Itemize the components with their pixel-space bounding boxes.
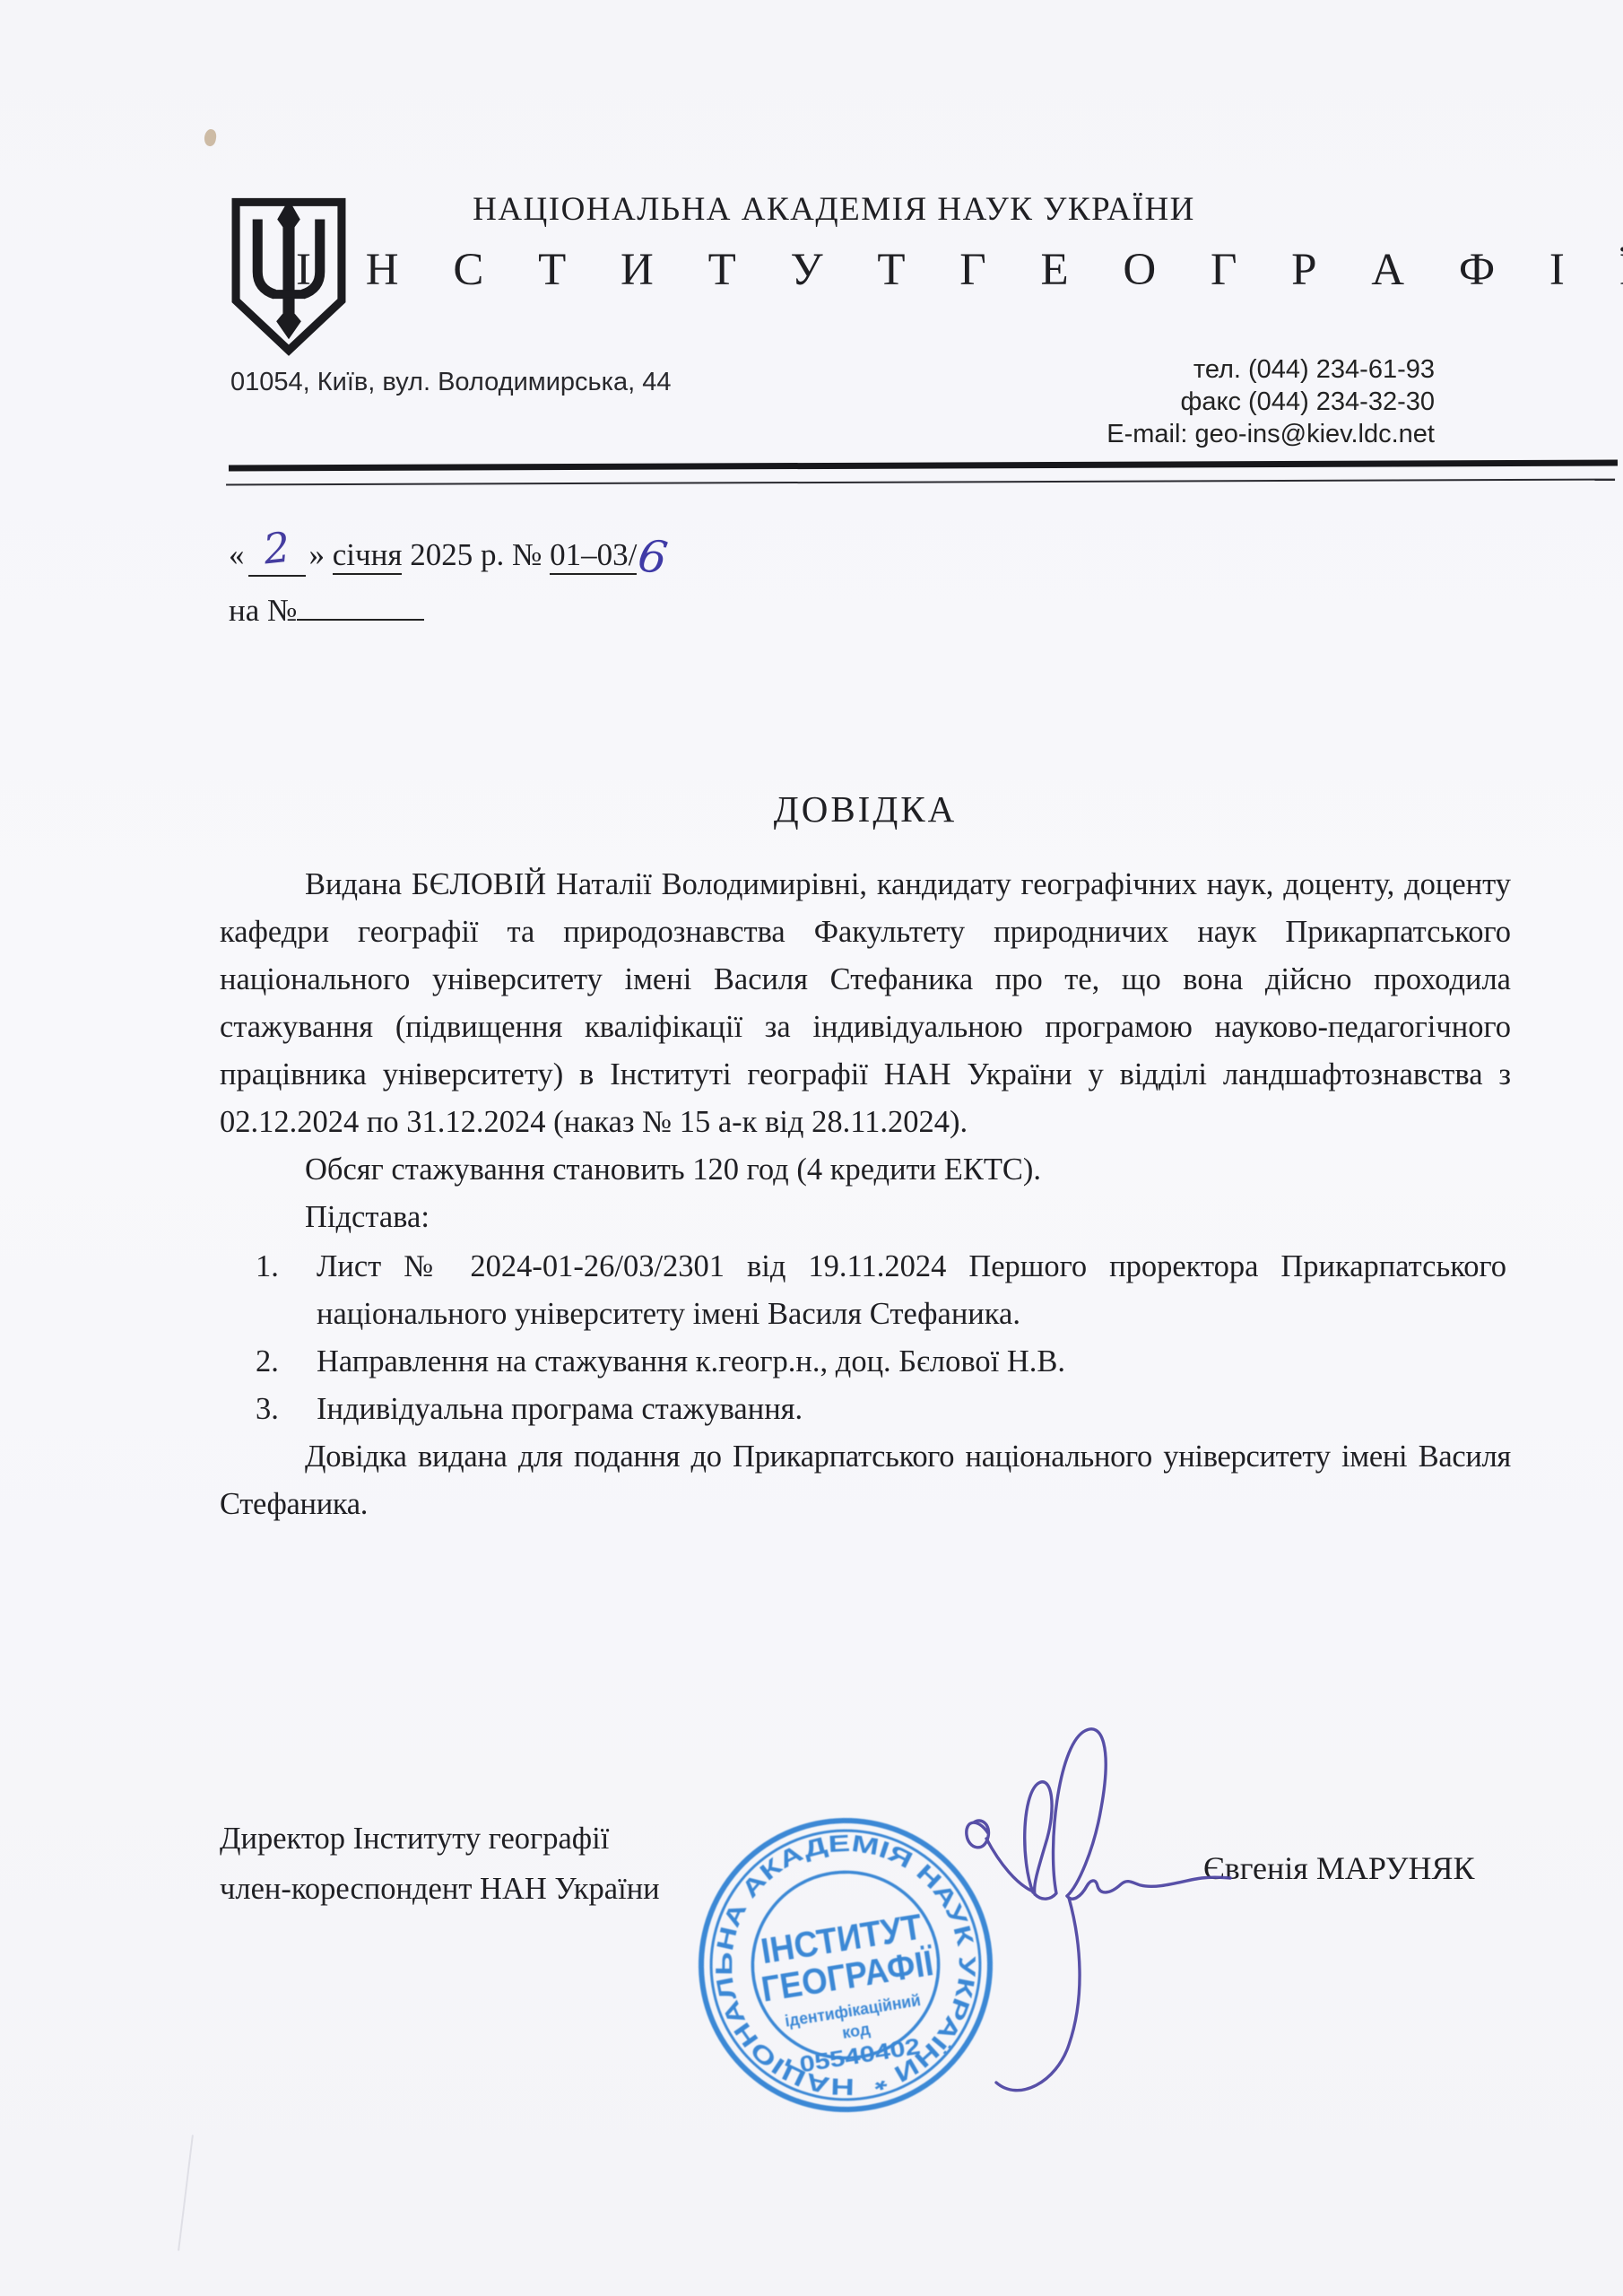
institute-address: 01054, Київ, вул. Володимирська, 44: [230, 368, 672, 397]
document-body: Видана БЄЛОВІЙ Наталії Володимирівні, ка…: [220, 861, 1511, 1528]
header-divider: [0, 0, 1623, 3]
phone-line: тел. (044) 234-61-93: [807, 353, 1435, 386]
reply-to-line: на №: [229, 588, 424, 629]
stamp-line4: код: [841, 2020, 872, 2042]
director-signature-icon: [933, 1702, 1266, 2124]
list-item: 3. Індивідуальна програма стажування.: [256, 1386, 1511, 1433]
institute-name: І Н С Т И Т У Т Г Е О Г Р А Ф І Ї: [296, 244, 1372, 296]
scan-speck: [203, 128, 217, 147]
reference-date-line: «2» січня 2025 р. № 01–03/6: [229, 524, 665, 577]
divider-thin-line: [226, 479, 1615, 486]
list-item: 2. Направлення на стажування к.геогр.н.,…: [256, 1338, 1511, 1386]
list-item-number: 3.: [256, 1386, 317, 1433]
list-item-text: Лист № 2024-01-26/03/2301 від 19.11.2024…: [317, 1243, 1506, 1338]
email-line: E-mail: geo-ins@kiev.ldc.net: [807, 418, 1435, 450]
paragraph-volume: Обсяг стажування становить 120 год (4 кр…: [220, 1146, 1511, 1194]
handwritten-day: 2: [261, 523, 292, 574]
basis-list: 1. Лист № 2024-01-26/03/2301 від 19.11.2…: [220, 1243, 1511, 1433]
scanned-document-page: НАЦІОНАЛЬНА АКАДЕМІЯ НАУК УКРАЇНИ І Н С …: [0, 0, 1623, 2296]
handwritten-number-suffix: 6: [635, 529, 671, 585]
year-text: 2025 р.: [410, 537, 504, 572]
list-item-text: Направлення на стажування к.геогр.н., до…: [317, 1338, 1506, 1386]
scan-streak: [178, 2135, 194, 2250]
academy-name: НАЦІОНАЛЬНА АКАДЕМІЯ НАУК УКРАЇНИ: [296, 190, 1372, 229]
open-quote: «: [229, 537, 245, 572]
signer-position-line1: Директор Інституту географії: [220, 1813, 660, 1864]
close-quote: »: [309, 537, 325, 572]
number-sign: №: [512, 537, 542, 572]
signer-position: Директор Інституту географії член-коресп…: [220, 1813, 660, 1914]
paragraph-main: Видана БЄЛОВІЙ Наталії Володимирівні, ка…: [220, 861, 1511, 1146]
divider-thick-line: [229, 460, 1618, 472]
fax-line: факс (044) 234-32-30: [807, 386, 1435, 418]
list-item: 1. Лист № 2024-01-26/03/2301 від 19.11.2…: [256, 1243, 1511, 1338]
list-item-number: 1.: [256, 1243, 317, 1291]
outgoing-number: 01–03/: [550, 537, 637, 575]
signer-position-line2: член-кореспондент НАН України: [220, 1864, 660, 1914]
document-title: ДОВІДКА: [220, 787, 1511, 831]
paragraph-closing: Довідка видана для подання до Прикарпатс…: [220, 1433, 1511, 1528]
institute-contacts: тел. (044) 234-61-93 факс (044) 234-32-3…: [807, 353, 1435, 450]
reply-label: на №: [229, 593, 297, 628]
month-word: січня: [333, 537, 403, 575]
basis-label: Підстава:: [220, 1194, 1511, 1241]
list-item-text: Індивідуальна програма стажування.: [317, 1386, 1506, 1433]
list-item-number: 2.: [256, 1338, 317, 1386]
reply-blank-underline: [297, 588, 424, 621]
